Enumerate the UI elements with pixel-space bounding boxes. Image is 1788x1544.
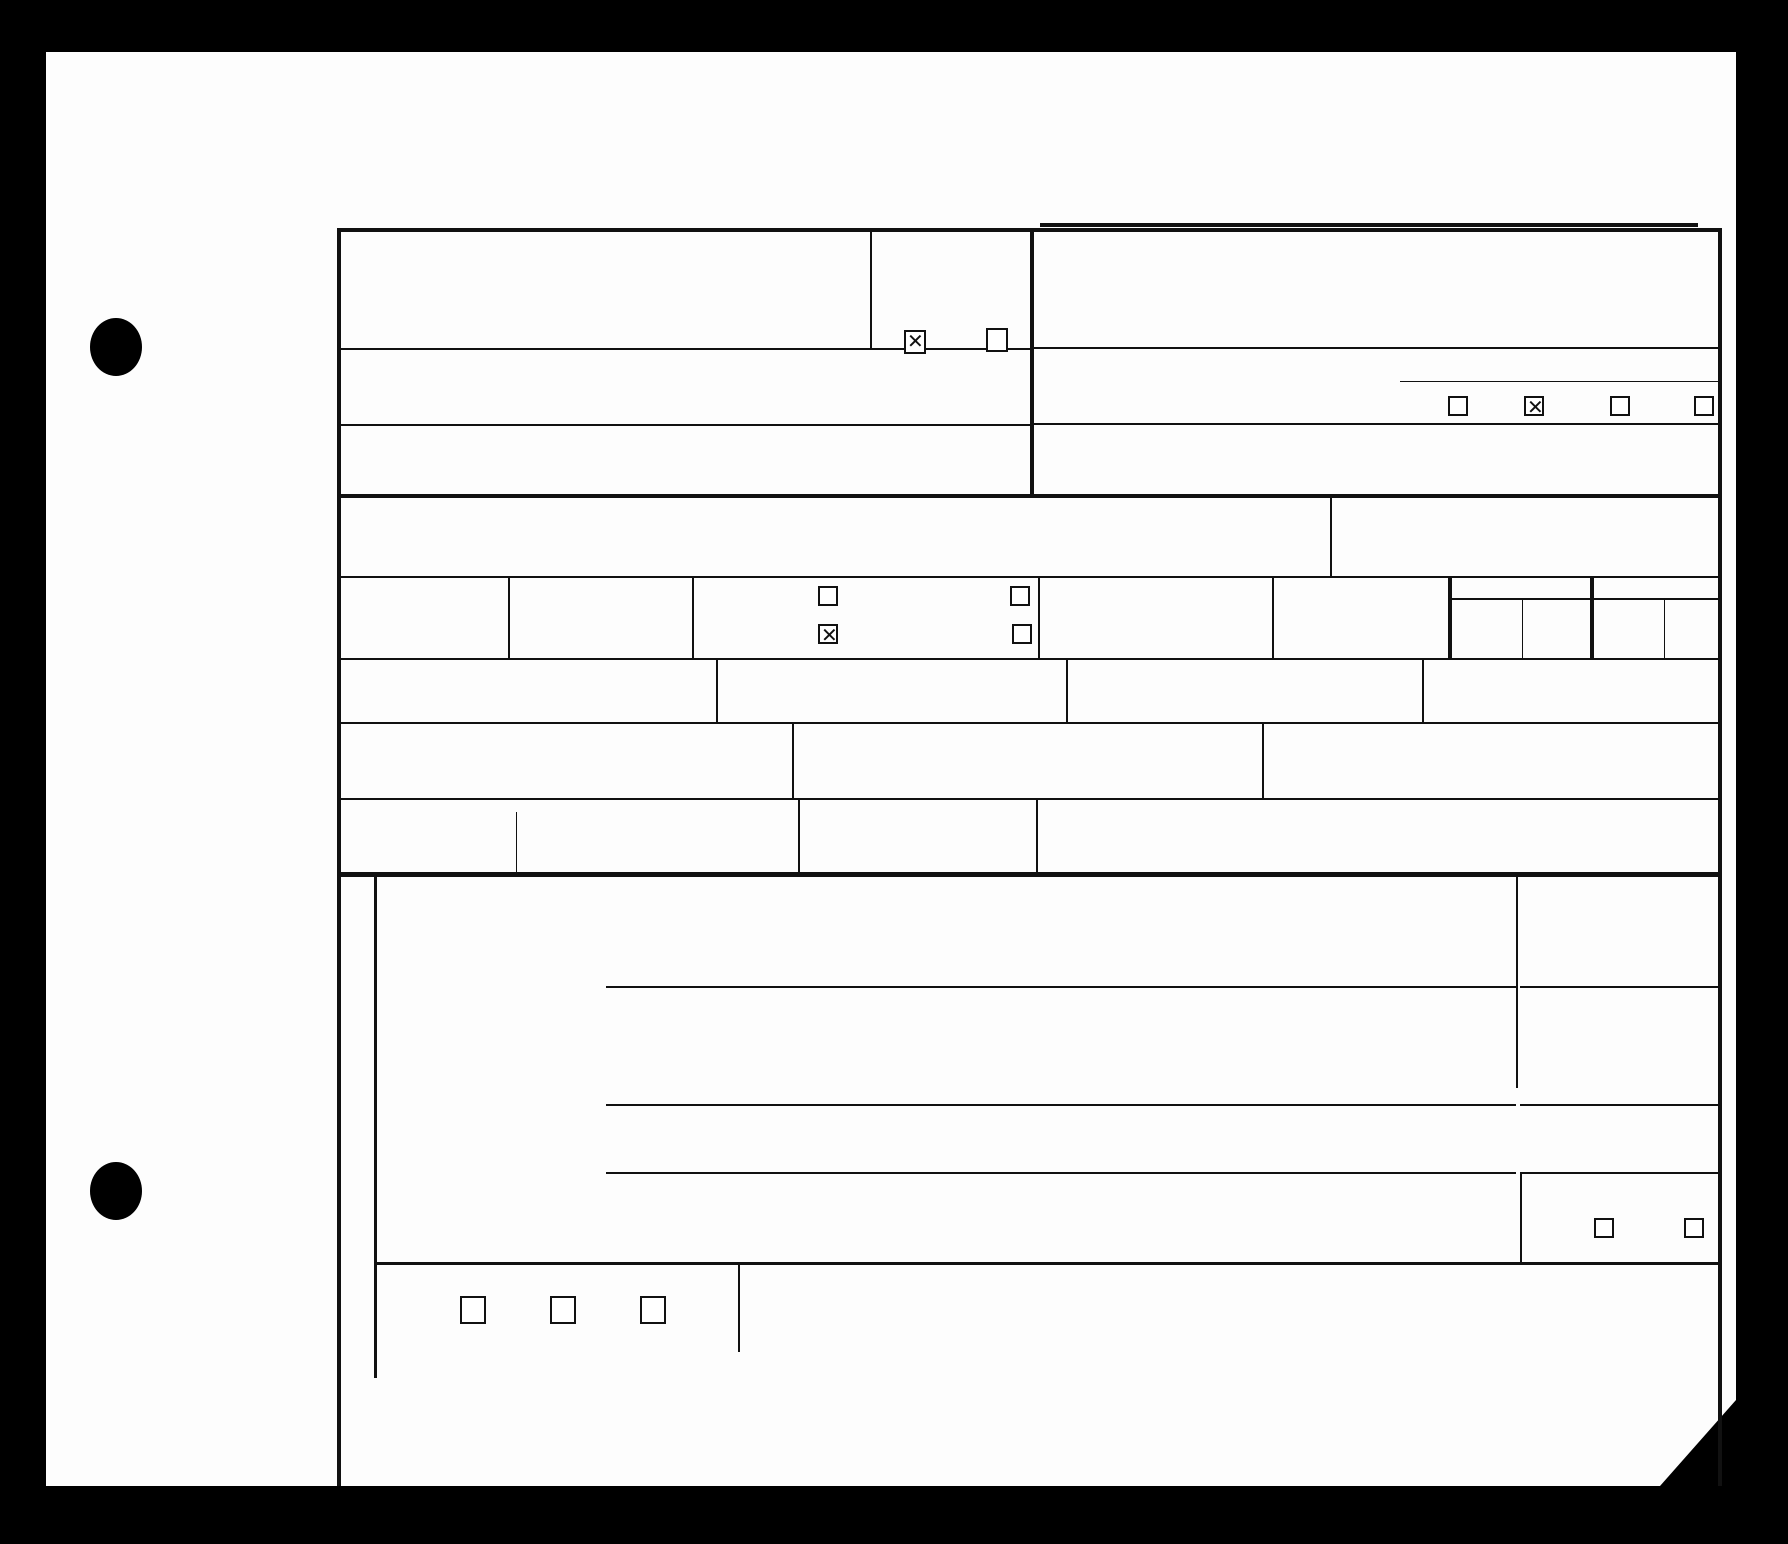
punch-hole xyxy=(90,1162,142,1220)
divider xyxy=(337,658,1722,660)
divider xyxy=(1448,578,1452,658)
divider xyxy=(1036,800,1038,872)
divider xyxy=(516,812,517,872)
suicide-checkbox[interactable] xyxy=(550,1296,576,1324)
divider xyxy=(1516,876,1518,1088)
within-limits-yes-checkbox[interactable] xyxy=(904,330,926,354)
divider xyxy=(798,800,800,872)
divider xyxy=(1272,578,1274,658)
cause-line xyxy=(606,1172,1516,1174)
divider xyxy=(692,578,694,658)
divider xyxy=(1448,598,1722,600)
divider xyxy=(1040,223,1698,227)
divider xyxy=(1330,496,1332,576)
divider xyxy=(337,722,1722,724)
divider xyxy=(1664,600,1665,658)
divider xyxy=(376,1262,1722,1265)
homicide-checkbox[interactable] xyxy=(640,1296,666,1324)
divider xyxy=(374,876,377,1378)
autopsy-yes-checkbox[interactable] xyxy=(1594,1218,1614,1238)
punch-hole xyxy=(90,318,142,376)
divider xyxy=(1034,347,1722,349)
divider xyxy=(792,724,794,798)
accident-checkbox[interactable] xyxy=(460,1296,486,1324)
divider xyxy=(870,228,872,348)
interval-line xyxy=(1520,986,1720,988)
interval-line xyxy=(1520,1104,1720,1106)
divorced-checkbox[interactable] xyxy=(1012,624,1032,644)
divider xyxy=(1590,578,1594,658)
divider xyxy=(508,578,510,658)
divider xyxy=(337,872,1722,877)
married-checkbox[interactable] xyxy=(818,586,838,606)
divider xyxy=(337,494,1722,498)
in-city-yes-checkbox[interactable] xyxy=(1448,396,1468,416)
on-farm-yes-checkbox[interactable] xyxy=(1610,396,1630,416)
widowed-checkbox[interactable] xyxy=(818,624,838,644)
divider xyxy=(1030,228,1034,496)
divider xyxy=(337,348,1030,350)
divider xyxy=(1262,724,1264,798)
divider xyxy=(1400,381,1722,382)
divider xyxy=(1522,600,1523,658)
in-city-no-checkbox[interactable] xyxy=(1524,396,1544,416)
divider xyxy=(1520,1174,1522,1262)
interval-line xyxy=(1520,1172,1720,1174)
divider xyxy=(738,1264,740,1352)
divider xyxy=(337,576,1722,578)
on-farm-no-checkbox[interactable] xyxy=(1694,396,1714,416)
autopsy-no-checkbox[interactable] xyxy=(1684,1218,1704,1238)
divider xyxy=(337,798,1722,800)
divider xyxy=(1422,660,1424,722)
divider xyxy=(1066,660,1068,722)
divider xyxy=(1034,423,1722,425)
divider xyxy=(1038,578,1040,658)
never-married-checkbox[interactable] xyxy=(1010,586,1030,606)
within-limits-no-checkbox[interactable] xyxy=(986,328,1008,352)
cause-line xyxy=(606,986,1516,988)
divider xyxy=(337,424,1030,426)
cause-line xyxy=(606,1104,1516,1106)
divider xyxy=(716,660,718,722)
